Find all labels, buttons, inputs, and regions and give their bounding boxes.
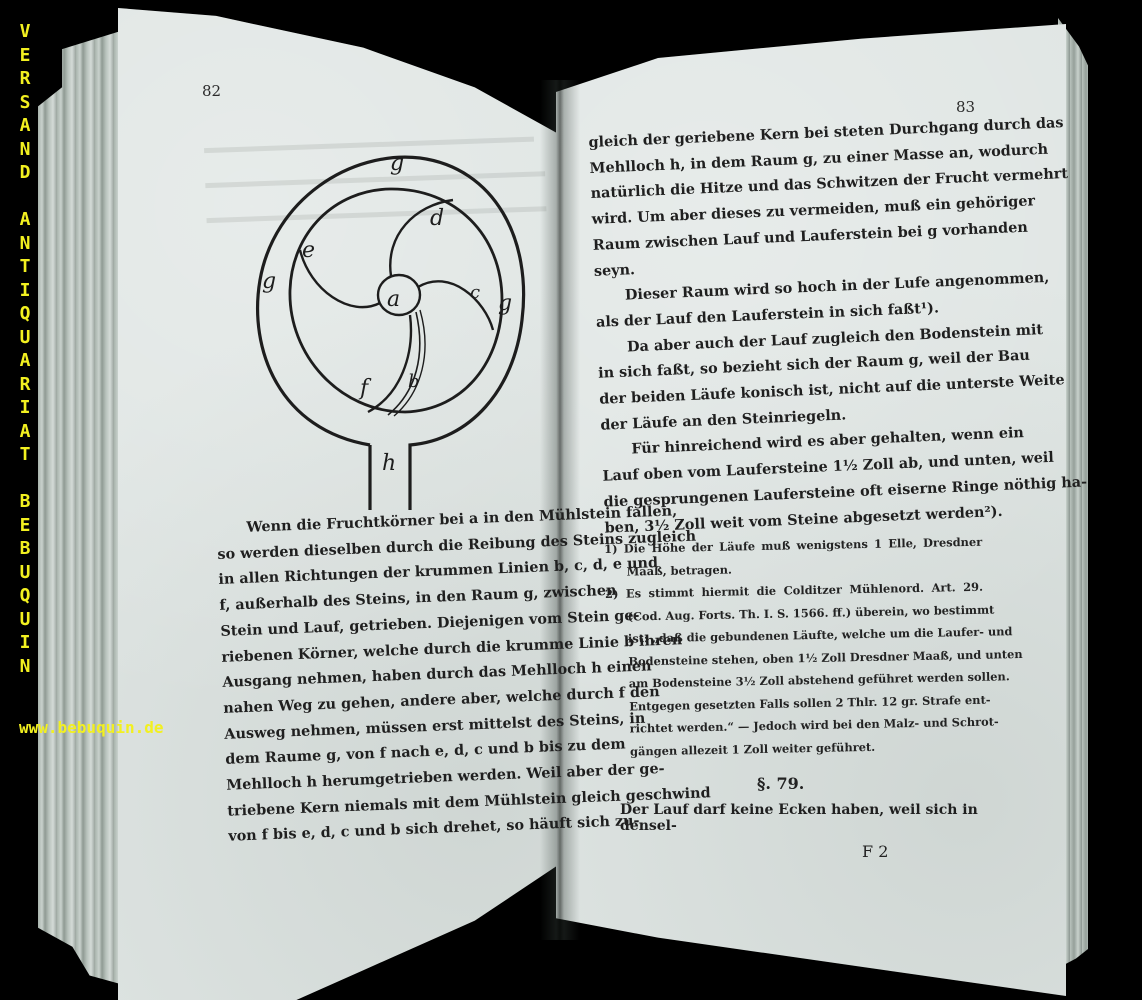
watermark-letter: V (20, 20, 31, 44)
footnotes: 1) Die Höhe der Läufe muß wenigstens 1 E… (604, 531, 986, 763)
watermark-letter: I (20, 631, 31, 655)
watermark-letter: B (20, 537, 31, 561)
watermark-letter: U (20, 608, 31, 632)
diagram-label-h: h (382, 451, 396, 476)
watermark-letter: B (20, 490, 31, 514)
signature-mark: F 2 (862, 842, 888, 861)
watermark-letter: A (20, 349, 31, 373)
diagram-label-b: b (408, 371, 420, 392)
section-heading: §. 79. (757, 774, 804, 793)
watermark-letter: R (20, 67, 31, 91)
watermark-letter: R (20, 373, 31, 397)
watermark-letter: A (20, 114, 31, 138)
diagram-label-d: d (430, 206, 444, 231)
watermark-url: www.bebuquin.de (19, 718, 164, 737)
watermark-letter: I (20, 279, 31, 303)
watermark-letter: N (20, 655, 31, 679)
diagram-label-c: c (470, 282, 480, 303)
text-line: Der Lauf darf keine Ecken haben, weil si… (620, 802, 990, 834)
watermark-vertical-text: V E R S A N D A N T I Q U A R I A T B E … (14, 20, 36, 678)
watermark-letter: D (20, 161, 31, 185)
watermark-letter: U (20, 326, 31, 350)
watermark-letter: T (20, 255, 31, 279)
watermark-letter: N (20, 138, 31, 162)
right-page-body-text: gleich der geriebene Kern bei steten Dur… (588, 114, 995, 541)
diagram-label-a: a (387, 287, 400, 312)
millstone-diagram: a b c d e f g g g h (240, 140, 540, 510)
watermark-letter: E (20, 44, 31, 68)
watermark-letter: Q (20, 584, 31, 608)
left-page-body-text: Wenn die Fruchtkörner bei a in den Mühls… (216, 503, 569, 850)
watermark-letter: E (20, 514, 31, 538)
watermark-letter: I (20, 396, 31, 420)
watermark-letter: N (20, 232, 31, 256)
diagram-label-g-top: g (390, 151, 404, 176)
diagram-label-g-left: g (262, 269, 276, 294)
page-edges-left (38, 30, 124, 985)
diagram-label-f: f (358, 376, 372, 401)
watermark-letter: A (20, 420, 31, 444)
diagram-label-e: e (302, 238, 315, 263)
diagram-label-g-right: g (498, 291, 512, 316)
page-number-left: 82 (202, 82, 221, 100)
watermark-letter: S (20, 91, 31, 115)
watermark-letter: U (20, 561, 31, 585)
watermark-letter: A (20, 208, 31, 232)
watermark-letter: Q (20, 302, 31, 326)
watermark-letter: T (20, 443, 31, 467)
